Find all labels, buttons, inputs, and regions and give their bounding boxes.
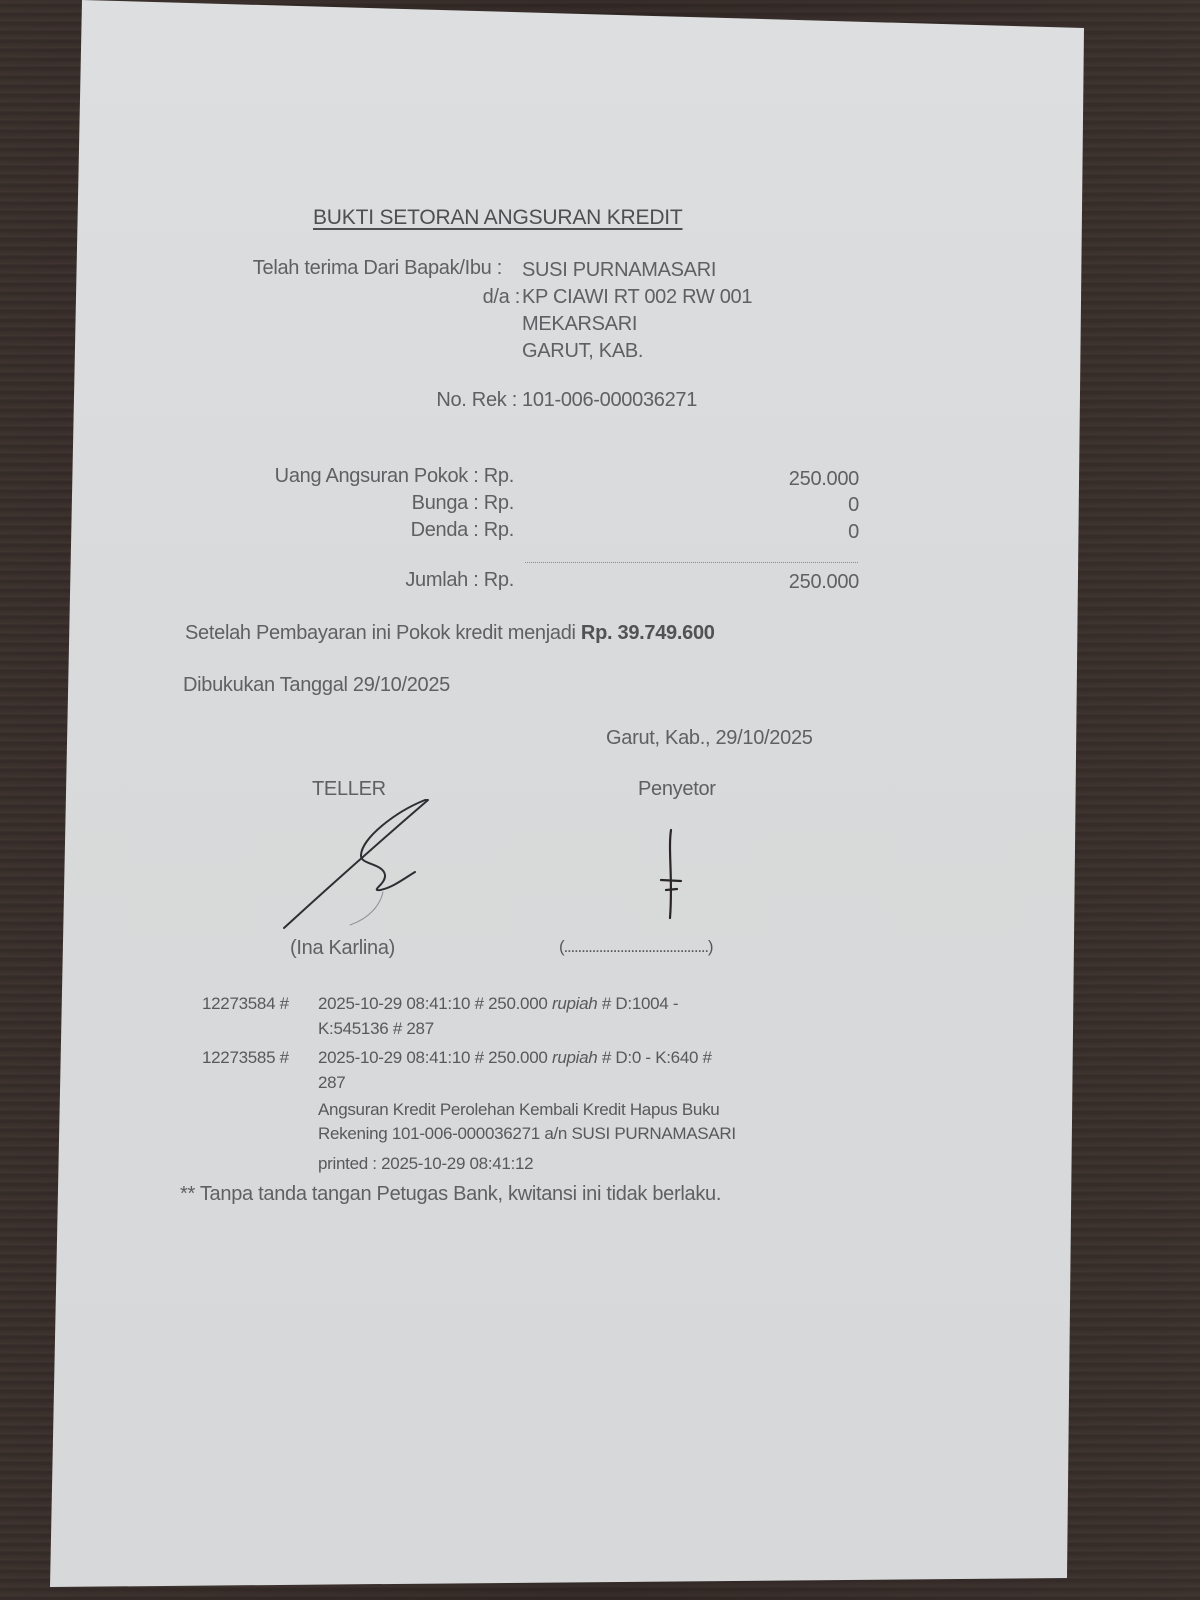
remaining-principal-line: Setelah Pembayaran ini Pokok kredit menj… xyxy=(185,623,715,643)
description-line-1: Angsuran Kredit Perolehan Kembali Kredit… xyxy=(318,1101,719,1118)
receipt-title: BUKTI SETORAN ANGSURAN KREDIT xyxy=(313,207,683,228)
remaining-principal-text: Setelah Pembayaran ini Pokok kredit menj… xyxy=(185,622,576,644)
remaining-principal-amount: Rp. 39.749.600 xyxy=(581,622,715,644)
printed-timestamp: printed : 2025-10-29 08:41:12 xyxy=(318,1155,533,1172)
interest-label: Bunga : Rp. xyxy=(412,493,514,513)
booked-date: Dibukukan Tanggal 29/10/2025 xyxy=(183,675,450,695)
receipt-paper xyxy=(0,0,1200,1600)
account-number: 101-006-000036271 xyxy=(522,390,697,410)
transaction-1-line-2: K:545136 # 287 xyxy=(318,1020,434,1037)
transaction-2-currency: rupiah xyxy=(552,1048,597,1067)
depositor-label: Penyetor xyxy=(638,779,716,799)
received-from-name: SUSI PURNAMASARI xyxy=(522,260,716,280)
penalty-value: 0 xyxy=(848,522,859,542)
teller-label: TELLER xyxy=(312,779,386,799)
address-line-2: MEKARSARI xyxy=(522,314,637,334)
transaction-1-debit: # D:1004 - xyxy=(602,994,678,1013)
address-label: d/a : xyxy=(483,287,520,307)
footer-note: ** Tanpa tanda tangan Petugas Bank, kwit… xyxy=(180,1184,721,1204)
total-value: 250.000 xyxy=(789,572,859,592)
transaction-1-currency: rupiah xyxy=(552,994,597,1013)
transaction-1-id: 12273584 # xyxy=(202,995,289,1012)
received-from-label: Telah terima Dari Bapak/Ibu : xyxy=(253,258,502,278)
teller-name: (Ina Karlina) xyxy=(290,938,395,958)
depositor-name-blank: (.......................................… xyxy=(559,938,712,955)
address-line-1: KP CIAWI RT 002 RW 001 xyxy=(522,287,752,307)
transaction-2-line-2: 287 xyxy=(318,1074,345,1091)
principal-value: 250.000 xyxy=(789,469,859,489)
address-line-3: GARUT, KAB. xyxy=(522,341,643,361)
transaction-1-datetime-amount: 2025-10-29 08:41:10 # 250.000 xyxy=(318,994,548,1013)
transaction-2-debit: # D:0 - K:640 # xyxy=(602,1048,712,1067)
interest-value: 0 xyxy=(848,495,859,515)
transaction-1-line-1: 2025-10-29 08:41:10 # 250.000 rupiah # D… xyxy=(318,995,678,1012)
transaction-2-datetime-amount: 2025-10-29 08:41:10 # 250.000 xyxy=(318,1048,548,1067)
total-label: Jumlah : Rp. xyxy=(405,570,514,590)
transaction-2-id: 12273585 # xyxy=(202,1049,289,1066)
description-line-2: Rekening 101-006-000036271 a/n SUSI PURN… xyxy=(318,1125,736,1142)
sum-divider xyxy=(525,562,858,563)
penalty-label: Denda : Rp. xyxy=(411,520,514,540)
place-date: Garut, Kab., 29/10/2025 xyxy=(606,728,813,748)
principal-label: Uang Angsuran Pokok : Rp. xyxy=(275,466,514,486)
account-label: No. Rek : xyxy=(436,390,517,410)
transaction-2-line-1: 2025-10-29 08:41:10 # 250.000 rupiah # D… xyxy=(318,1049,712,1066)
